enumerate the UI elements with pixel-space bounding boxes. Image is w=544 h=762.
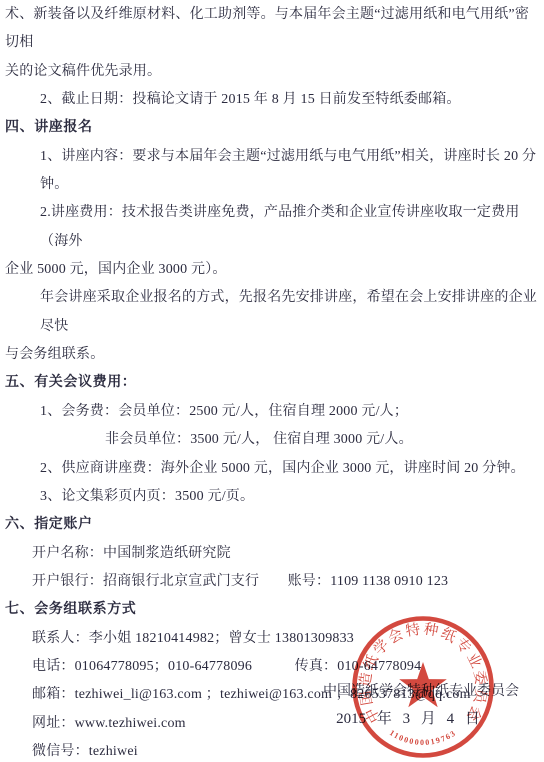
doc-line: 与会务组联系。 xyxy=(5,341,539,369)
doc-line: 2.讲座费用：技术报告类讲座免费，产品推介类和企业宣传讲座收取一定费用（海外 xyxy=(5,199,539,256)
doc-line: 年会讲座采取企业报名的方式，先报名先安排讲座，希望在会上安排讲座的企业尽快 xyxy=(5,284,539,341)
doc-line: 1、会务费：会员单位：2500 元/人，住宿自理 2000 元/人； xyxy=(5,398,539,426)
section-heading-lecture-signup: 四、讲座报名 xyxy=(5,114,539,142)
doc-line: 2、截止日期：投稿论文请于 2015 年 8 月 15 日前发至特纸委邮箱。 xyxy=(5,86,539,114)
seal-serial-number: 1100000019763 xyxy=(388,728,458,747)
section-heading-designated-account: 六、指定账户 xyxy=(5,511,539,539)
svg-text:1100000019763: 1100000019763 xyxy=(388,728,458,747)
red-star-icon xyxy=(399,662,447,707)
doc-line: 2、供应商讲座费：海外企业 5000 元，国内企业 3000 元，讲座时间 20… xyxy=(5,455,539,483)
doc-line: 1、讲座内容：要求与本届年会主题“过滤用纸与电气用纸”相关，讲座时长 20 分钟… xyxy=(5,143,539,200)
official-seal-stamp: 中国造纸学会特种纸专业委员会 1100000019763 xyxy=(347,613,499,761)
section-heading-conference-fees: 五、有关会议费用： xyxy=(5,369,539,397)
doc-line: 非会员单位：3500 元/人， 住宿自理 3000 元/人。 xyxy=(5,426,539,454)
doc-line: 开户银行：招商银行北京宣武门支行 账号：1109 1138 0910 123 xyxy=(5,568,539,596)
document-page: { "page": { "background": "#ffffff", "te… xyxy=(0,0,544,762)
doc-line: 术、新装备以及纤维原材料、化工助剂等。与本届年会主题“过滤用纸和电气用纸”密切相 xyxy=(5,1,539,58)
doc-line: 关的论文稿件优先录用。 xyxy=(5,58,539,86)
doc-line: 3、论文集彩页内页：3500 元/页。 xyxy=(5,483,539,511)
doc-line: 企业 5000 元，国内企业 3000 元）。 xyxy=(5,256,539,284)
doc-line: 开户名称：中国制浆造纸研究院 xyxy=(5,540,539,568)
